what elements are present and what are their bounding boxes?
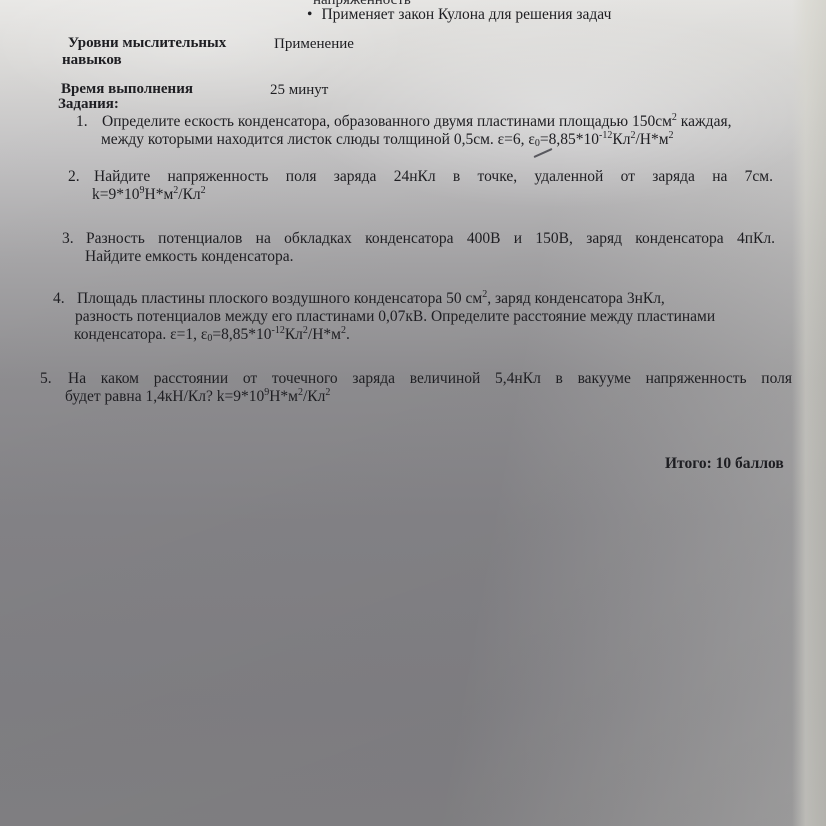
task-3: 3.Разность потенциалов на обкладках конд… [62, 230, 775, 266]
task-4: 4.Площадь пластины плоского воздушного к… [53, 290, 783, 344]
paper-edge [792, 0, 826, 826]
task-1: 1.Определите ескость конденсатора, образ… [76, 113, 766, 149]
task-text: Площадь пластины плоского воздушного кон… [77, 290, 482, 307]
bullet-icon: • [307, 6, 312, 23]
task-text: Разность потенциалов на обкладках конден… [86, 230, 775, 248]
objective-text: Применяет закон Кулона для решения задач [321, 6, 611, 23]
task-5: 5.На каком расстоянии от точечного заряд… [40, 370, 792, 406]
task-text: Найдите напряженность поля заряда 24нКл … [94, 168, 773, 186]
pen-mark [533, 148, 552, 158]
tasks-heading: Задания: [58, 96, 119, 113]
task-number: 4. [53, 290, 77, 308]
task-number: 5. [40, 370, 68, 388]
task-number: 1. [76, 113, 102, 131]
task-number: 3. [62, 230, 86, 248]
task-text: На каком расстоянии от точечного заряда … [68, 370, 792, 388]
task-number: 2. [68, 168, 94, 186]
task-2: 2.Найдите напряженность поля заряда 24нК… [68, 168, 773, 204]
time-value: 25 минут [270, 82, 328, 99]
levels-label-line1: Уровни мыслительных [68, 35, 226, 52]
total-score: Итого: 10 баллов [665, 455, 784, 473]
objective-bullet: •Применяет закон Кулона для решения зада… [307, 6, 611, 24]
levels-label-line2: навыков [62, 52, 122, 69]
task-text: Определите ескость конденсатора, образов… [102, 113, 672, 130]
levels-value: Применение [274, 36, 354, 53]
